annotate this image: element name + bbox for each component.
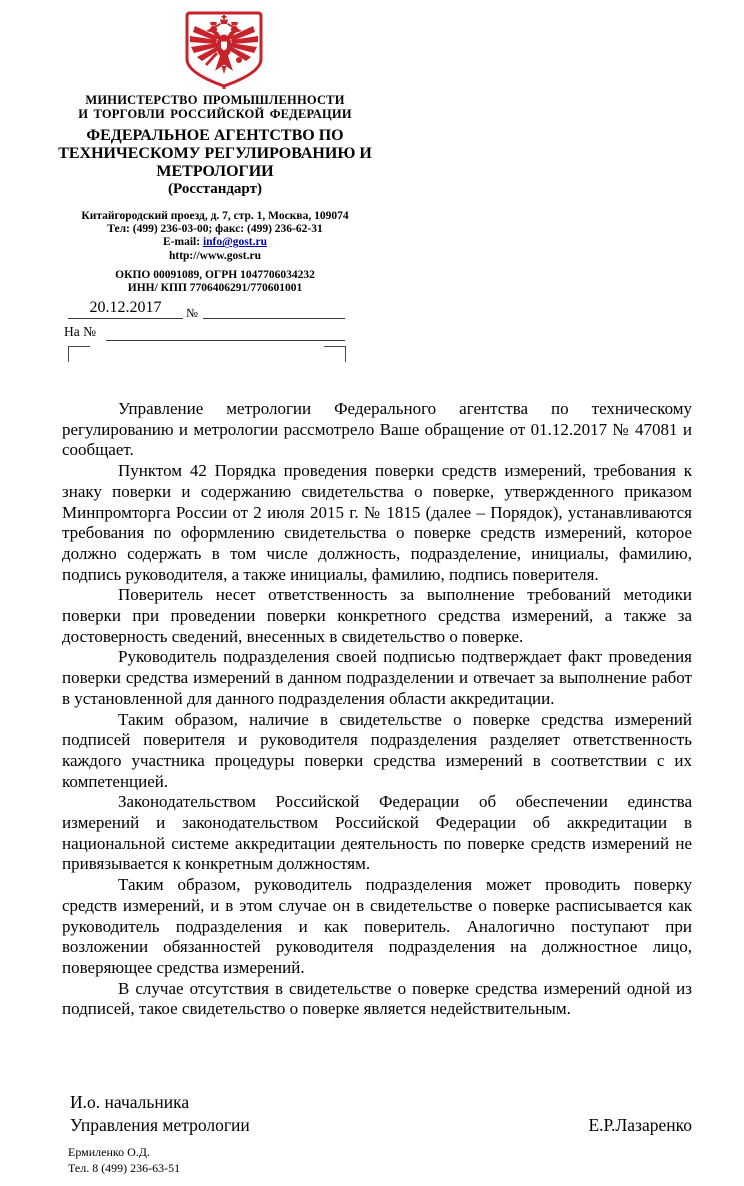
website: http://www.gost.ru (15, 250, 415, 263)
body-paragraph: Таким образом, руководитель подразделени… (62, 875, 692, 979)
body-paragraph: Пунктом 42 Порядка проведения поверки ср… (62, 461, 692, 585)
signer-position-line-2: Управления метрологии (70, 1114, 250, 1137)
contacts-block: Китайгородский проезд, д. 7, стр. 1, Мос… (15, 210, 415, 263)
email-link[interactable]: info@gost.ru (203, 236, 267, 248)
letter-page: МИНИСТЕРСТВО ПРОМЫШЛЕННОСТИ И ТОРГОВЛИ Р… (0, 0, 744, 1186)
registration-codes: ОКПО 00091089, ОГРН 1047706034232 ИНН/ К… (15, 269, 415, 295)
body-paragraph: Управление метрологии Федерального агент… (62, 399, 692, 461)
executor-phone: Тел. 8 (499) 236-63-51 (68, 1160, 180, 1176)
number-sign: № (186, 306, 198, 321)
body-paragraph: В случае отсутствия в свидетельстве о по… (62, 979, 692, 1020)
executor-block: Ермиленко О.Д. Тел. 8 (499) 236-63-51 (68, 1144, 180, 1176)
letter-body: Управление метрологии Федерального агент… (62, 399, 692, 1020)
okpo-ogrn: ОКПО 00091089, ОГРН 1047706034232 (15, 269, 415, 282)
agency-line-3: МЕТРОЛОГИИ (15, 163, 415, 181)
signer-name: Е.Р.Лазаренко (588, 1114, 692, 1137)
outgoing-number-blank (203, 299, 345, 319)
agency-name: ФЕДЕРАЛЬНОЕ АГЕНТСТВО ПО ТЕХНИЧЕСКОМУ РЕ… (15, 127, 415, 181)
body-paragraph: Поверитель несет ответственность за выпо… (62, 585, 692, 647)
in-reply-to-label: На № (64, 324, 96, 340)
agency-short-name: (Росстандарт) (15, 181, 415, 198)
body-paragraph: Руководитель подразделения своей подпись… (62, 647, 692, 709)
agency-line-1: ФЕДЕРАЛЬНОЕ АГЕНТСТВО ПО (15, 127, 415, 145)
signature-block: И.о. начальника Управления метрологии Е.… (70, 1091, 692, 1137)
inn-kpp: ИНН/ КПП 7706406291/770601001 (15, 282, 415, 295)
email-line: E-mail: info@gost.ru (15, 236, 415, 249)
body-paragraph: Таким образом, наличие в свидетельстве о… (62, 710, 692, 793)
russian-coat-of-arms-icon (180, 10, 268, 90)
addressee-corner-mark-left (68, 346, 90, 362)
in-reply-to-blank (106, 322, 345, 341)
postal-address: Китайгородский проезд, д. 7, стр. 1, Мос… (15, 210, 415, 223)
phone-fax: Тел: (499) 236-03-00; факс: (499) 236-62… (15, 223, 415, 236)
outgoing-date: 20.12.2017 (68, 299, 183, 319)
agency-line-2: ТЕХНИЧЕСКОМУ РЕГУЛИРОВАНИЮ И (15, 145, 415, 163)
body-paragraph: Законодательством Российской Федерации о… (62, 792, 692, 875)
ministry-name: МИНИСТЕРСТВО ПРОМЫШЛЕННОСТИ И ТОРГОВЛИ Р… (15, 94, 415, 121)
ministry-line-2: И ТОРГОВЛИ РОССИЙСКОЙ ФЕДЕРАЦИИ (15, 108, 415, 122)
executor-name: Ермиленко О.Д. (68, 1144, 180, 1160)
letterhead: МИНИСТЕРСТВО ПРОМЫШЛЕННОСТИ И ТОРГОВЛИ Р… (15, 10, 415, 295)
email-label: E-mail: (163, 236, 203, 248)
ministry-line-1: МИНИСТЕРСТВО ПРОМЫШЛЕННОСТИ (15, 94, 415, 108)
signer-position-line-1: И.о. начальника (70, 1091, 692, 1114)
addressee-corner-mark-right (324, 346, 346, 362)
